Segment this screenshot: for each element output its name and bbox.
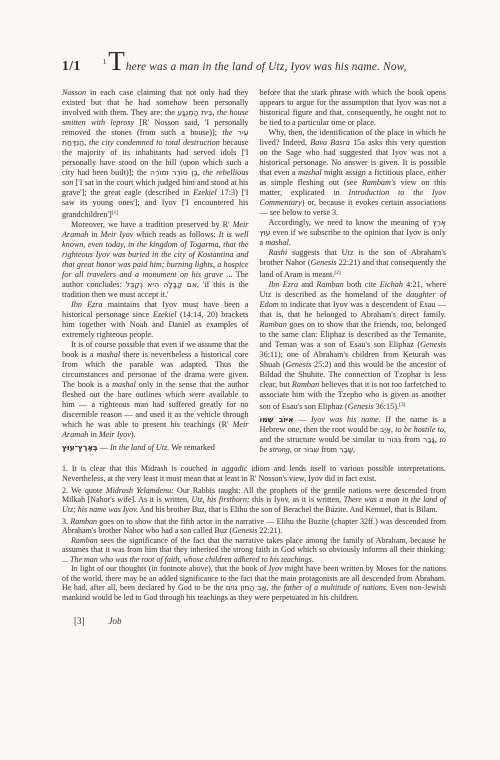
footnotes-section: 1. It is clear that this Midrash is couc…: [62, 464, 446, 602]
paragraph: Accordingly, we need to know the meaning…: [260, 218, 447, 248]
verse-text: here was a man in the land of Utz, Iyov …: [126, 61, 407, 73]
paragraph: אִיּוֹב שְׁמוֹ — Iyov was his name. If t…: [260, 415, 447, 455]
commentary-columns: Nosson in each case claiming that not on…: [62, 88, 446, 455]
paragraph: before that the stark phrase with which …: [260, 88, 447, 128]
paragraph: It is of course possible that even if we…: [62, 340, 249, 440]
verse-header: 1/1 1There was a man in the land of Utz,…: [62, 57, 446, 75]
paragraph: 3. Ramban goes on to show that the fifth…: [62, 517, 446, 536]
drop-cap: T: [108, 46, 125, 76]
paragraph: Ibn Ezra and Ramban both cite Eichah 4:2…: [260, 280, 447, 412]
paragraph: Ibn Ezra maintains that Iyov must have b…: [62, 300, 249, 340]
chapter-verse-ref: 1/1: [62, 58, 81, 74]
paragraph: Ramban sees the significance of the fact…: [62, 536, 446, 565]
paragraph: Rashi suggests that Utz is the son of Ab…: [260, 248, 447, 280]
paragraph: In light of our thoughts (in footnote ab…: [62, 564, 446, 602]
paragraph: בְּאֶרֶץ־עוּץ — In the land of Utz. We r…: [62, 443, 249, 453]
paragraph: 2. We quote Midrash Yelamdenu: Our Rabbi…: [62, 486, 446, 515]
verse-body: 1There was a man in the land of Utz, Iyo…: [103, 57, 407, 75]
right-column: before that the stark phrase with which …: [260, 88, 447, 455]
left-column: Nosson in each case claiming that not on…: [62, 88, 249, 455]
verse-number: 1: [103, 58, 107, 66]
paragraph: Moreover, we have a tradition preserved …: [62, 220, 249, 300]
page-footer: [3] Job: [62, 616, 446, 626]
paragraph: Why, then, the identification of the pla…: [260, 128, 447, 218]
page-number: [3]: [74, 616, 85, 626]
book-page: 1/1 1There was a man in the land of Utz,…: [0, 0, 500, 760]
paragraph: 1. It is clear that this Midrash is couc…: [62, 464, 446, 483]
book-title: Job: [109, 616, 122, 626]
paragraph: Nosson in each case claiming that not on…: [62, 88, 249, 220]
